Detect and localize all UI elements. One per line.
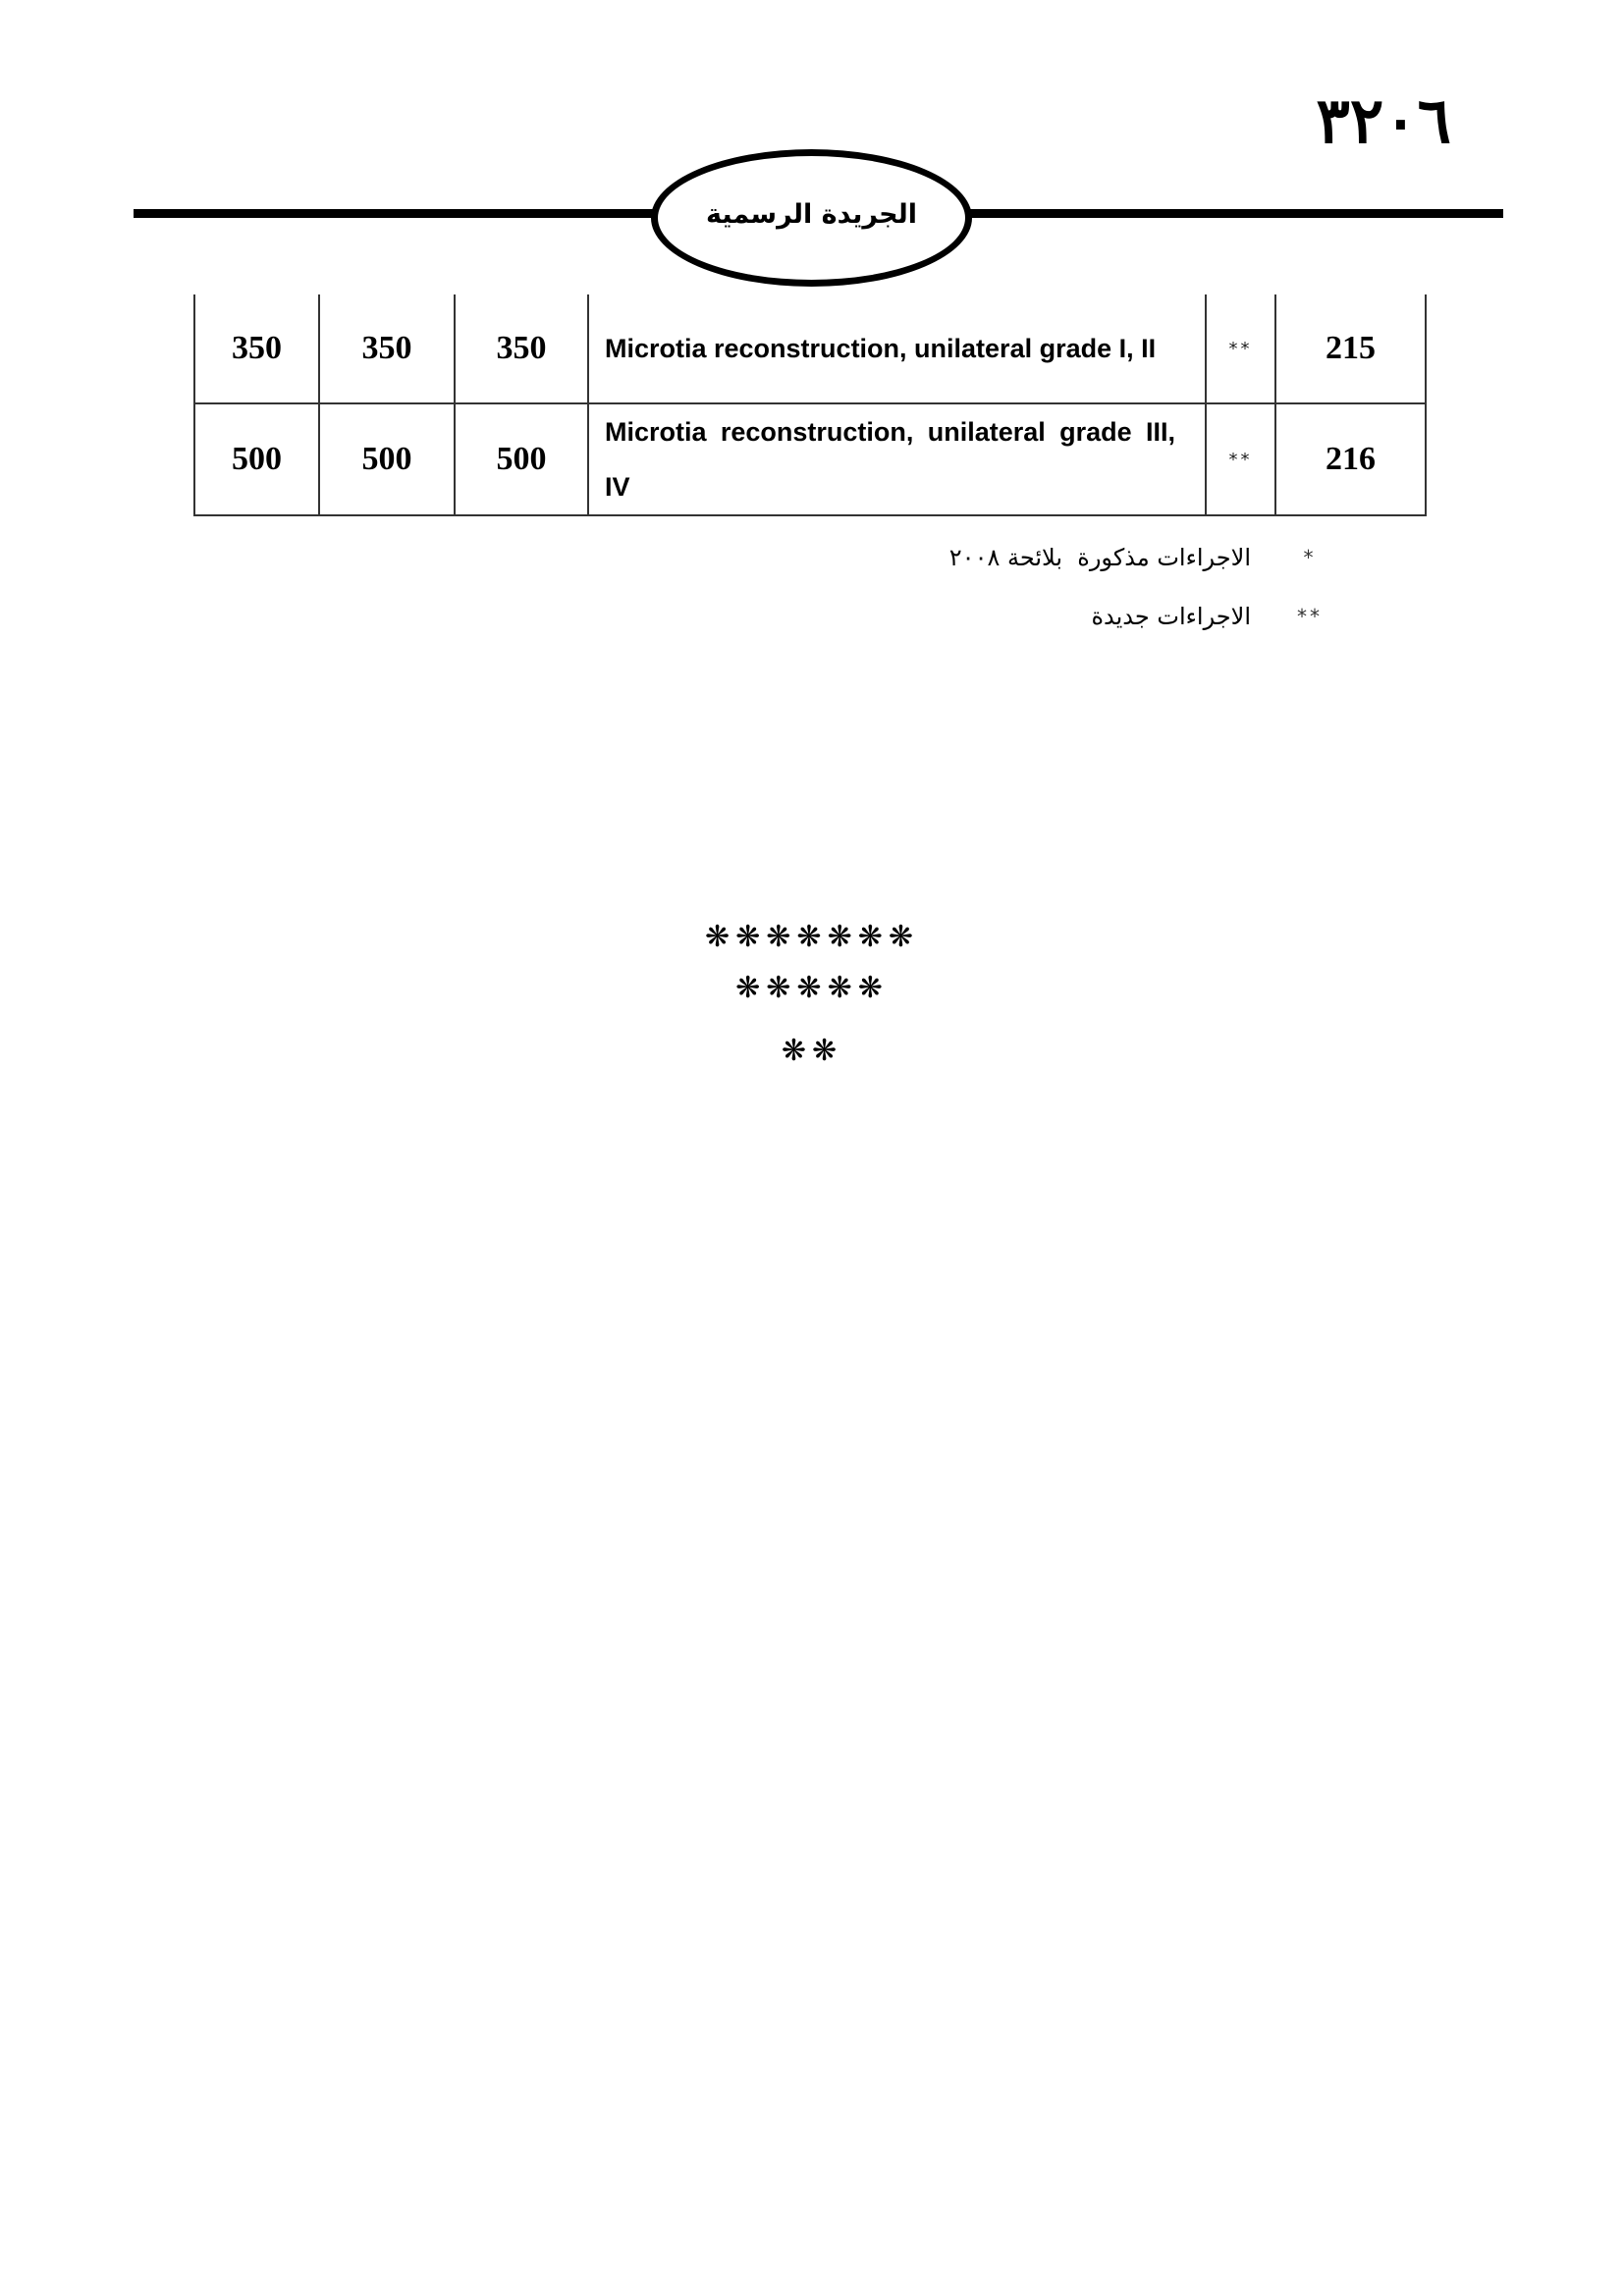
publication-title: الجريدة الرسمية — [706, 199, 917, 230]
new-procedure-mark: ** — [1206, 403, 1275, 515]
procedure-code: 215 — [1275, 294, 1426, 403]
footnote-mark: * — [1251, 546, 1369, 569]
footnote: ** الاجراءات جديدة — [949, 587, 1369, 646]
page-number: ٣٢٠٦ — [1317, 90, 1452, 153]
value-cell: 350 — [319, 294, 455, 403]
header-ellipse: الجريدة الرسمية — [651, 149, 972, 287]
footnote-text: الاجراءات مذكورة بلائحة ٢٠٠٨ — [949, 544, 1251, 571]
footnotes: * الاجراءات مذكورة بلائحة ٢٠٠٨ ** الاجرا… — [949, 528, 1369, 646]
ornament-asterisks: ❋❋❋❋❋ — [0, 974, 1624, 1003]
value-cell: 500 — [455, 403, 588, 515]
ornament-asterisks: ❋❋❋❋❋❋❋ — [0, 923, 1624, 952]
footnote-text: الاجراءات جديدة — [1091, 603, 1251, 630]
table-row: 500 500 500 Microtia reconstruction, uni… — [194, 403, 1426, 515]
value-cell: 500 — [194, 403, 319, 515]
footnote-mark: ** — [1251, 605, 1369, 628]
value-cell: 500 — [319, 403, 455, 515]
table-row: 350 350 350 Microtia reconstruction, uni… — [194, 294, 1426, 403]
value-cell: 350 — [455, 294, 588, 403]
procedure-description: Microtia reconstruction, unilateral grad… — [588, 294, 1206, 403]
procedure-description: Microtia reconstruction, unilateral grad… — [588, 403, 1206, 515]
fees-table: 350 350 350 Microtia reconstruction, uni… — [193, 294, 1427, 516]
ornament-asterisks: ❋❋ — [0, 1037, 1624, 1066]
procedure-code: 216 — [1275, 403, 1426, 515]
footnote: * الاجراءات مذكورة بلائحة ٢٠٠٨ — [949, 528, 1369, 587]
value-cell: 350 — [194, 294, 319, 403]
new-procedure-mark: ** — [1206, 294, 1275, 403]
